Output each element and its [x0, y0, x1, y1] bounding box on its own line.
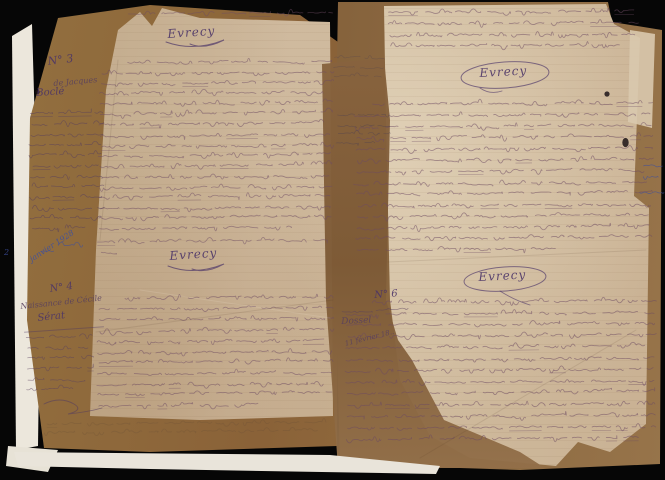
handwriting-ink-layer — [0, 0, 665, 480]
register-double-page-scan: N° 3 de Jacques Boclé Evrecy Evrecy janv… — [0, 0, 665, 480]
signature-right-middle: Evrecy — [478, 267, 527, 283]
blue-marginal-mark: 2 — [4, 248, 9, 257]
record6-margin-name: Dossel — [341, 315, 372, 327]
record3-margin-name: Boclé — [36, 86, 65, 99]
signature-right-top: Evrecy — [479, 63, 528, 79]
record6-margin-number: N° 6 — [374, 288, 398, 301]
